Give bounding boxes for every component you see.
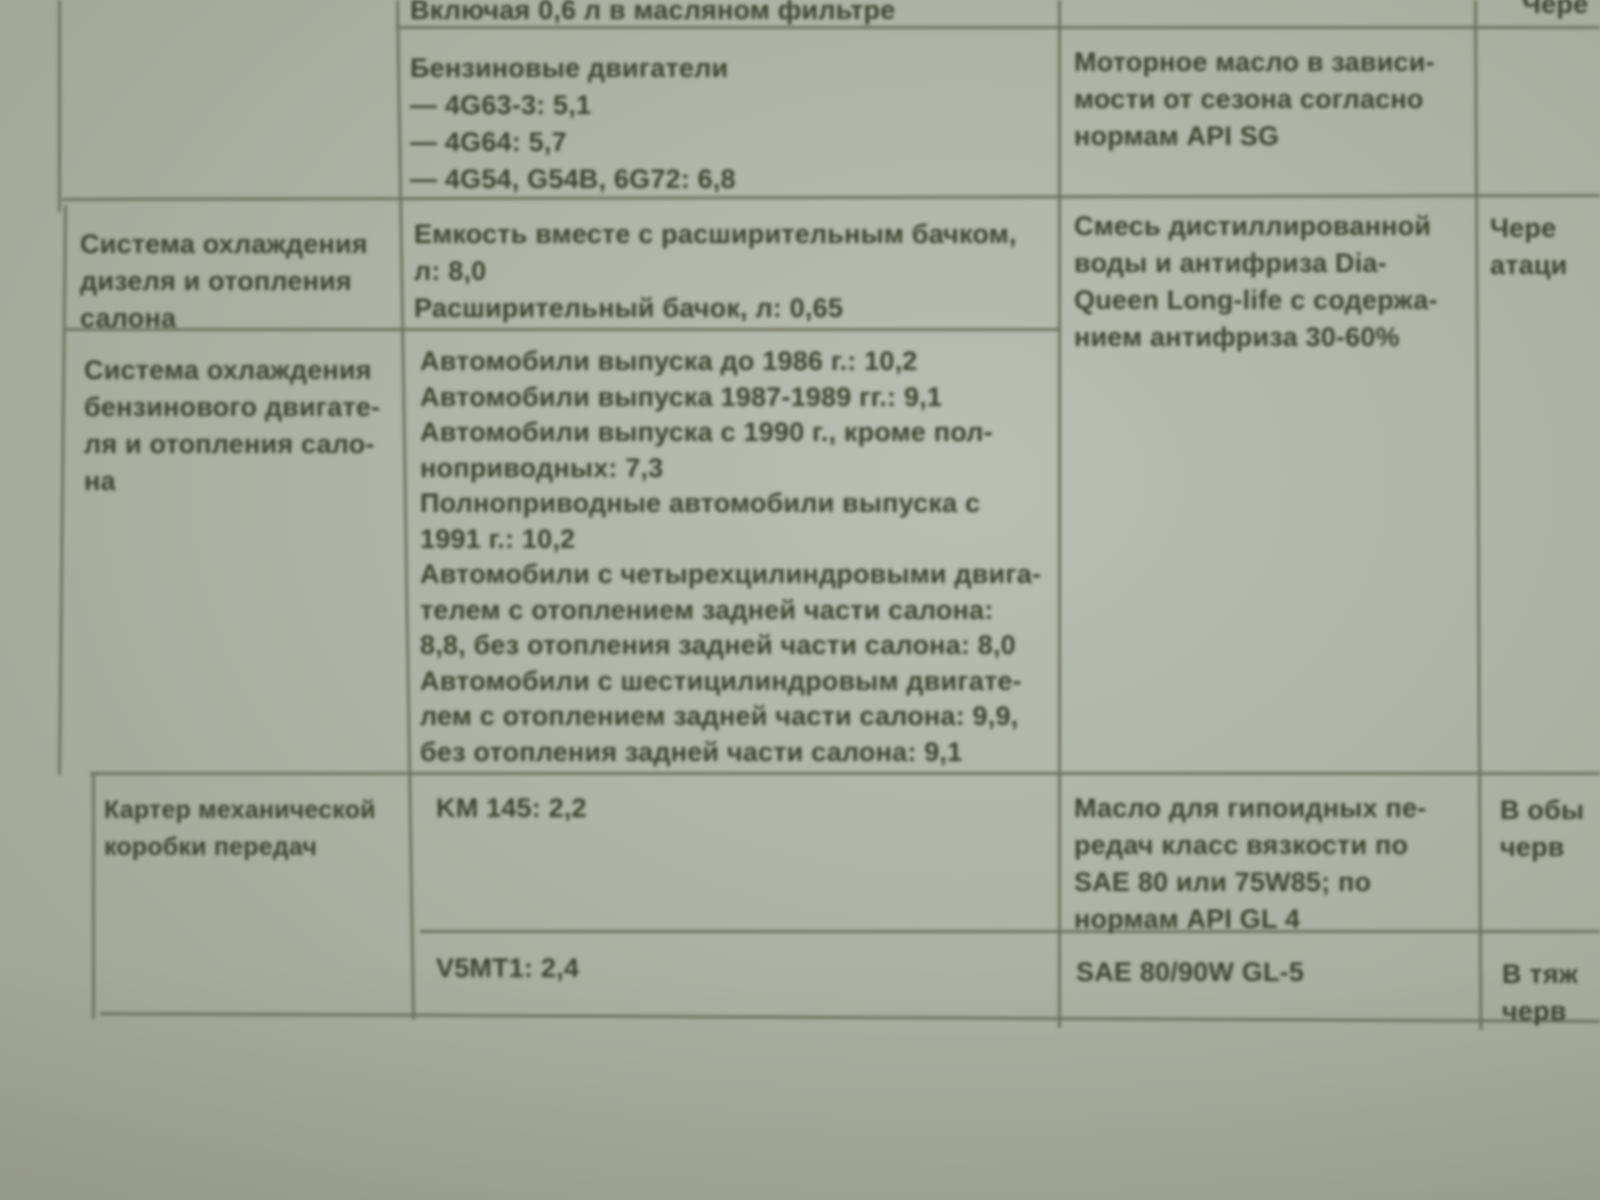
- capacity-cell-row0: Включая 0,6 л в масляном фильтре: [410, 0, 895, 29]
- capacity-line: Расширительный бачок, л: 0,65: [414, 290, 1017, 327]
- capacity-line: V5MT1: 2,4: [436, 950, 579, 987]
- material-cell-row2: Смесь дистиллированной воды и антифриза …: [1074, 208, 1438, 356]
- column-divider-2: [1058, 0, 1061, 1028]
- interval-cell-row5: В тяж черв: [1502, 956, 1600, 1030]
- table-border-left-bottom: [92, 772, 95, 1019]
- capacity-line: ноприводных: 7,3: [420, 451, 1041, 487]
- material-line: Моторное масло в зависи-: [1074, 44, 1435, 81]
- capacity-line: 8,8, без отопления задней части салона: …: [420, 628, 1041, 664]
- system-line: коробки передач: [104, 829, 376, 866]
- capacity-line: — 4G64: 5,7: [410, 124, 736, 161]
- capacity-line: Бензиновые двигатели: [410, 50, 736, 87]
- capacity-cell-row4: KM 145: 2,2: [436, 790, 587, 827]
- capacity-cell-row1: Бензиновые двигатели — 4G63-3: 5,1 — 4G6…: [410, 50, 736, 198]
- system-line: Картер механической: [104, 792, 376, 829]
- capacity-line: — 4G54, G54B, 6G72: 6,8: [410, 161, 736, 198]
- capacity-line: без отопления задней части салона: 9,1: [420, 735, 1041, 771]
- capacity-line: Полноприводные автомобили выпуска с: [420, 486, 1041, 522]
- system-cell-row2: Система охлаждения дизеля и отопления са…: [80, 226, 368, 337]
- material-line: SAE 80 или 75W85; по: [1074, 864, 1426, 901]
- interval-line: черв: [1500, 829, 1600, 866]
- material-line: мости от сезона согласно: [1074, 81, 1435, 118]
- capacity-line: Автомобили выпуска до 1986 г.: 10,2: [420, 344, 1041, 380]
- interval-cell-row2: Чере атаци: [1490, 210, 1600, 284]
- interval-cell-row4: В обы черв: [1500, 792, 1600, 866]
- capacity-line: — 4G63-3: 5,1: [410, 87, 736, 124]
- table-border-left: [58, 205, 67, 775]
- material-line: воды и антифриза Dia-: [1074, 245, 1438, 282]
- capacity-line: Автомобили с шестицилиндровым двигате-: [420, 664, 1041, 700]
- system-line: на: [84, 463, 380, 500]
- row-divider-4: [90, 772, 1600, 775]
- capacity-line: Емкость вместе с расширительным бачком,: [414, 216, 1017, 253]
- system-line: Система охлаждения: [84, 352, 380, 389]
- interval-line: Чере: [1522, 0, 1600, 23]
- capacity-line: л: 8,0: [414, 253, 1017, 290]
- table-border-bottom: [100, 1012, 1600, 1023]
- system-line: ля и отопления сало-: [84, 426, 380, 463]
- interval-line: атаци: [1490, 247, 1600, 284]
- interval-line: В тяж: [1502, 956, 1600, 993]
- material-cell-row4: Масло для гипоидных пе- редач класс вязк…: [1074, 790, 1426, 938]
- material-cell-row5: SAE 80/90W GL-5: [1076, 954, 1304, 991]
- material-line: нием антифриза 30-60%: [1074, 319, 1438, 356]
- column-divider-3: [1474, 0, 1482, 1030]
- interval-line: В обы: [1500, 792, 1600, 829]
- system-cell-row4: Картер механической коробки передач: [104, 792, 376, 866]
- capacity-line: лем с отоплением задней части салона: 9,…: [420, 699, 1041, 735]
- capacity-line: Автомобили выпуска с 1990 г., кроме пол-: [420, 415, 1041, 451]
- capacity-line: KM 145: 2,2: [436, 790, 587, 827]
- capacity-line: Автомобили выпуска 1987-1989 гг.: 9,1: [420, 380, 1041, 416]
- document-photo: Включая 0,6 л в масляном фильтре Чере Бе…: [0, 0, 1600, 1200]
- material-line: нормам API SG: [1074, 118, 1435, 155]
- interval-cell-row0: Чере: [1522, 0, 1600, 23]
- system-line: бензинового двигате-: [84, 389, 380, 426]
- system-line: салона: [80, 300, 368, 337]
- material-line: Смесь дистиллированной: [1074, 208, 1438, 245]
- material-line: Масло для гипоидных пе-: [1074, 790, 1426, 827]
- capacity-cell-row3: Автомобили выпуска до 1986 г.: 10,2 Авто…: [420, 344, 1041, 770]
- material-cell-row1: Моторное масло в зависи- мости от сезона…: [1074, 44, 1435, 155]
- capacity-line: 1991 г.: 10,2: [420, 522, 1041, 558]
- capacity-cell-row2: Емкость вместе с расширительным бачком, …: [414, 216, 1017, 327]
- material-line: SAE 80/90W GL-5: [1076, 954, 1304, 991]
- system-cell-row3: Система охлаждения бензинового двигате- …: [84, 352, 380, 500]
- system-line: Система охлаждения: [80, 226, 368, 263]
- material-line: редач класс вязкости по: [1074, 827, 1426, 864]
- system-line: дизеля и отопления: [80, 263, 368, 300]
- table-border-left-top: [58, 0, 61, 212]
- capacity-line: Автомобили с четырехцилиндровыми двига-: [420, 557, 1041, 593]
- capacity-line: Включая 0,6 л в масляном фильтре: [410, 0, 895, 29]
- material-line: Queen Long-life с содержа-: [1074, 282, 1438, 319]
- row-divider-2: [62, 194, 1600, 201]
- capacity-line: телем с отоплением задней части салона:: [420, 593, 1041, 629]
- interval-line: Чере: [1490, 210, 1600, 247]
- interval-line: черв: [1502, 993, 1600, 1030]
- capacity-cell-row5: V5MT1: 2,4: [436, 950, 579, 987]
- material-line: нормам API GL 4: [1074, 901, 1426, 938]
